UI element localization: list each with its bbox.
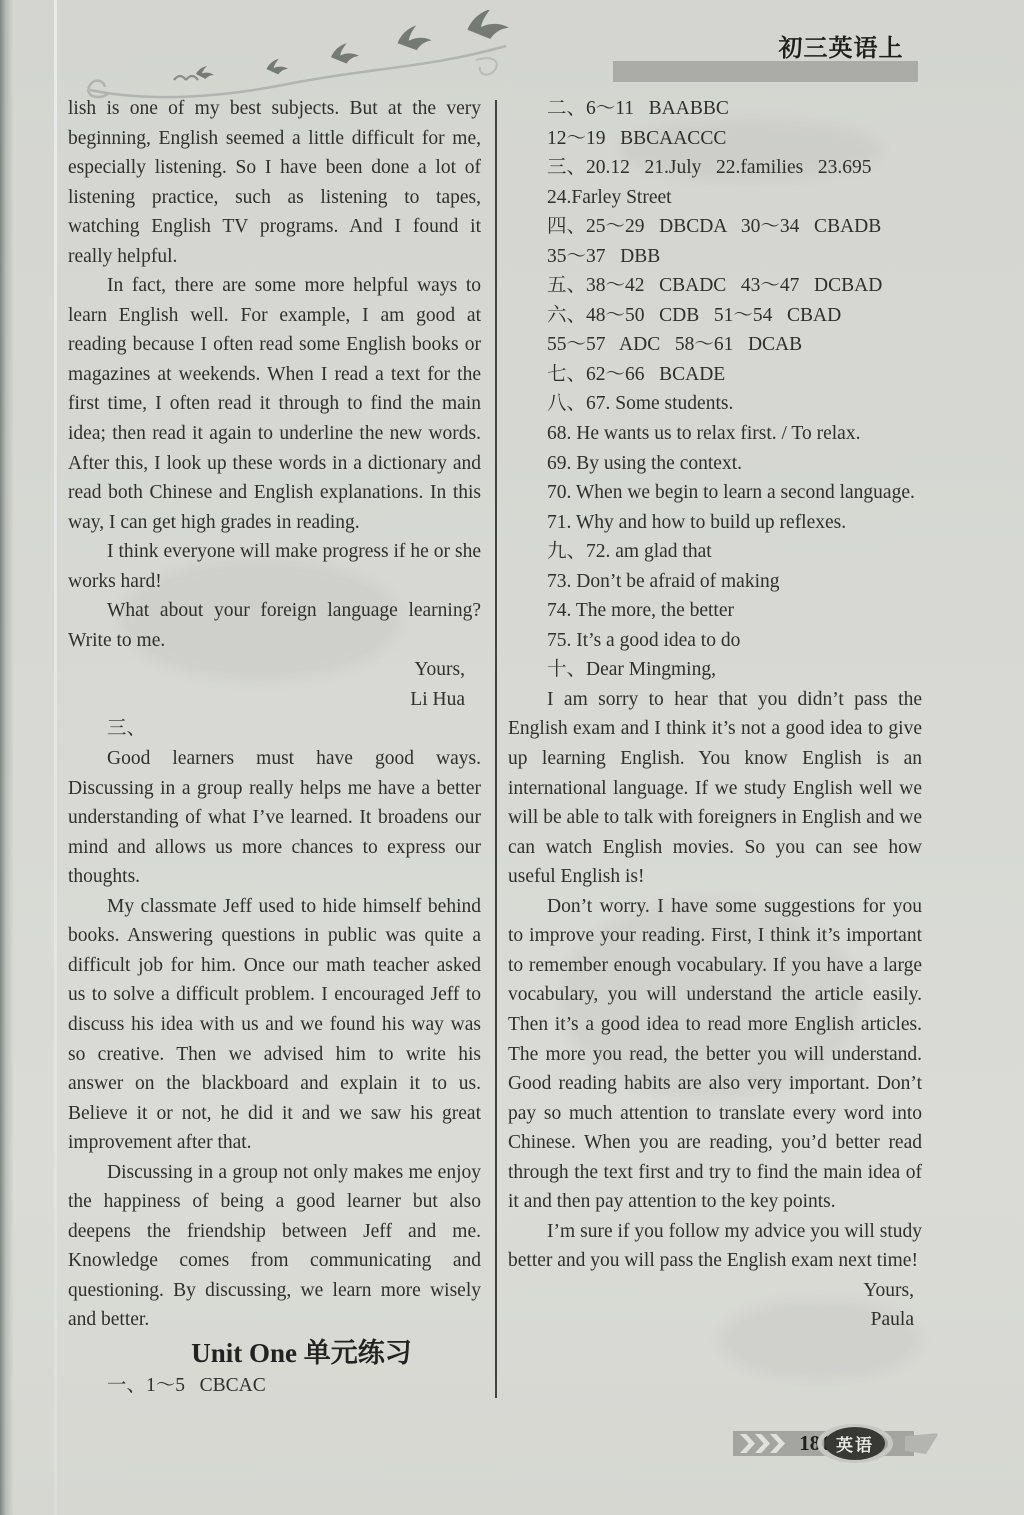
answer-row: 二、6～11 BAABBC [508, 94, 922, 124]
essay-paragraph: What about your foreign language learnin… [68, 596, 481, 655]
section-three-label: 三、 [68, 714, 481, 744]
letter-signature-yours: Yours, [508, 1276, 922, 1306]
answer-row: 35～37 DBB [508, 242, 922, 272]
left-column: lish is one of my best subjects. But at … [68, 94, 481, 1401]
answer-row: 一、1～5 CBCAC [68, 1371, 481, 1401]
header-rule-bar [613, 61, 918, 82]
essay-paragraph: lish is one of my best subjects. But at … [68, 94, 481, 271]
scanned-book-page: 初三英语上 lish is one of my best subjects. B… [0, 0, 1024, 1515]
right-column: 二、6～11 BAABBC 12～19 BBCAACCC 三、20.12 21.… [508, 94, 922, 1335]
letter-signature-name: Li Hua [68, 685, 481, 715]
essay-paragraph: I think everyone will make progress if h… [68, 537, 481, 596]
answer-row: 12～19 BBCAACCC [508, 124, 922, 154]
answer-row: 71. Why and how to build up reflexes. [508, 508, 922, 538]
badge-tail-swoosh [905, 1433, 939, 1454]
answer-row: 68. He wants us to relax first. / To rel… [508, 419, 922, 449]
answer-row: 55～57 ADC 58～61 DCAB [508, 330, 922, 360]
answer-row: 75. It’s a good idea to do [508, 626, 922, 656]
paper-crease [54, 0, 57, 1515]
essay-paragraph: Discussing in a group not only makes me … [68, 1158, 481, 1335]
letter-signature-yours: Yours, [68, 655, 481, 685]
answer-row: 四、25～29 DBCDA 30～34 CBADB [508, 212, 922, 242]
page-footer: 181 英语 [733, 1431, 943, 1458]
answer-row: 24.Farley Street [508, 183, 922, 213]
essay-paragraph: In fact, there are some more helpful way… [68, 271, 481, 537]
answer-row: 70. When we begin to learn a second lang… [508, 478, 922, 508]
column-divider [495, 100, 497, 1398]
letter-signature-name: Paula [508, 1305, 922, 1335]
page-header-title: 初三英语上 [756, 28, 926, 63]
letter-paragraph: I’m sure if you follow my advice you wil… [508, 1217, 922, 1276]
answer-row: 八、67. Some students. [508, 389, 922, 419]
letter-paragraph: Don’t worry. I have some suggestions for… [508, 892, 922, 1217]
answer-row: 五、38～42 CBADC 43～47 DCBAD [508, 271, 922, 301]
letter-paragraph: I am sorry to hear that you didn’t pass … [508, 685, 922, 892]
subject-badge: 英语 [825, 1427, 885, 1460]
answer-row: 74. The more, the better [508, 596, 922, 626]
unit-one-heading: Unit One 单元练习 [68, 1335, 481, 1371]
answer-row: 十、Dear Mingming, [508, 655, 922, 685]
answer-row: 三、20.12 21.July 22.families 23.695 [508, 153, 922, 183]
answer-row: 73. Don’t be afraid of making [508, 567, 922, 597]
answer-row: 九、72. am glad that [508, 537, 922, 567]
answer-row: 七、62～66 BCADE [508, 360, 922, 390]
answer-row: 六、48～50 CDB 51～54 CBAD [508, 301, 922, 331]
essay-paragraph: Good learners must have good ways. Discu… [68, 744, 481, 892]
answer-row: 69. By using the context. [508, 449, 922, 479]
essay-paragraph: My classmate Jeff used to hide himself b… [68, 892, 481, 1158]
